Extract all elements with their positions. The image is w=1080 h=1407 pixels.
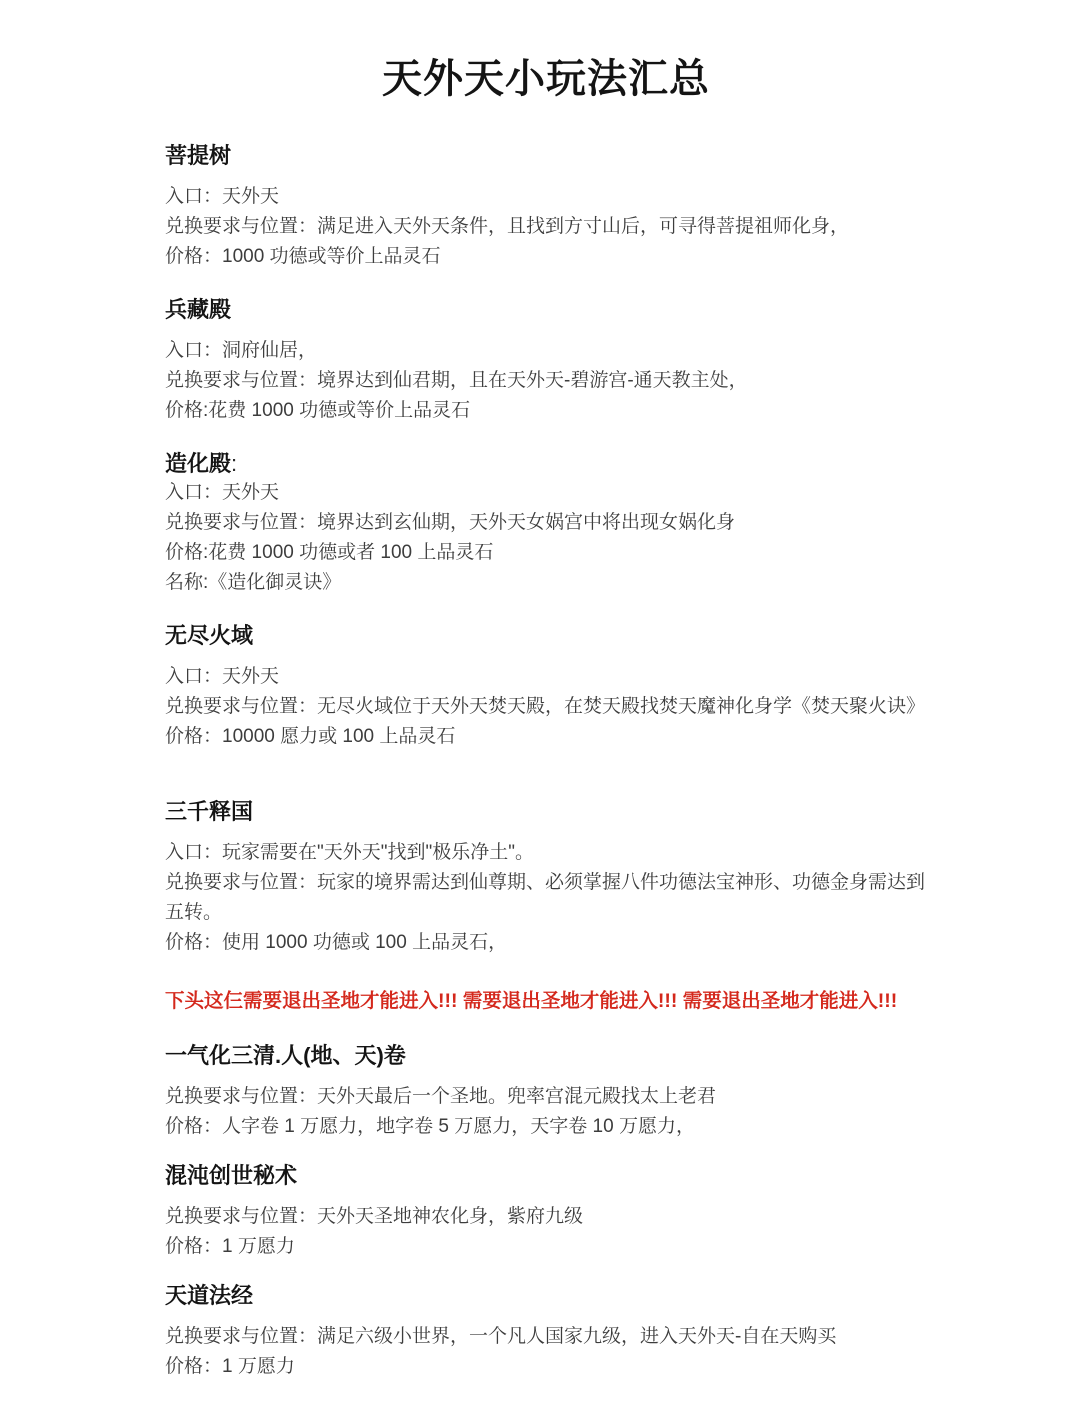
entry-line: 入口：玩家需要在"天外天"找到"极乐净土"。 — [165, 838, 927, 868]
section-heading-text: 三千释国 — [165, 799, 253, 824]
section-heading: 菩提树 — [165, 140, 927, 172]
price-line: 价格:花费 1000 功德或等价上品灵石 — [165, 396, 927, 426]
section-heading-text: 菩提树 — [165, 143, 231, 168]
price-line: 价格：1 万愿力 — [165, 1352, 927, 1382]
section-heading: 一气化三清.人(地、天)卷 — [165, 1040, 927, 1072]
price-line: 价格:花费 1000 功德或者 100 上品灵石 — [165, 538, 927, 568]
requirement-line: 兑换要求与位置：天外天最后一个圣地。兜率宫混元殿找太上老君 — [165, 1082, 927, 1112]
section-heading: 混沌创世秘术 — [165, 1160, 927, 1192]
price-line: 价格：1 万愿力 — [165, 1232, 927, 1262]
section-heading-text: 兵藏殿 — [165, 297, 231, 322]
price-line: 价格：人字卷 1 万愿力，地字卷 5 万愿力，天字卷 10 万愿力， — [165, 1112, 927, 1142]
section-heading: 造化殿: — [165, 448, 927, 480]
entry-line: 入口：天外天 — [165, 662, 927, 692]
section-heading: 兵藏殿 — [165, 294, 927, 326]
section-heading-text: 混沌创世秘术 — [165, 1163, 297, 1188]
requirement-line: 兑换要求与位置：无尽火域位于天外天焚天殿，在焚天殿找焚天魔神化身学《焚天聚火诀》 — [165, 692, 927, 722]
section-heading-text: 造化殿 — [165, 451, 231, 476]
requirement-line: 兑换要求与位置：满足进入天外天条件，且找到方寸山后，可寻得菩提祖师化身， — [165, 212, 927, 242]
document-page: 天外天小玩法汇总 菩提树 入口：天外天 兑换要求与位置：满足进入天外天条件，且找… — [0, 0, 1080, 1407]
section-heading-suffix: : — [231, 451, 237, 476]
section-heading: 无尽火域 — [165, 620, 927, 652]
section-heading: 三千释国 — [165, 796, 927, 828]
section-puti-shu: 菩提树 入口：天外天 兑换要求与位置：满足进入天外天条件，且找到方寸山后，可寻得… — [165, 140, 927, 272]
page-title: 天外天小玩法汇总 — [165, 56, 927, 102]
entry-line: 入口：天外天 — [165, 478, 927, 508]
name-line: 名称:《造化御灵诀》 — [165, 568, 927, 598]
entry-line: 入口：天外天 — [165, 182, 927, 212]
section-heading-text: 一气化三清.人(地、天)卷 — [165, 1043, 406, 1068]
requirement-line: 兑换要求与位置：满足六级小世界，一个凡人国家九级，进入天外天-自在天购买 — [165, 1322, 927, 1352]
section-zaohua-dian: 造化殿: 入口：天外天 兑换要求与位置：境界达到玄仙期，天外天女娲宫中将出现女娲… — [165, 448, 927, 598]
requirement-line: 兑换要求与位置：境界达到玄仙期，天外天女娲宫中将出现女娲化身 — [165, 508, 927, 538]
price-line: 价格：使用 1000 功德或 100 上品灵石， — [165, 928, 927, 958]
section-tiandao-fajing: 天道法经 兑换要求与位置：满足六级小世界，一个凡人国家九级，进入天外天-自在天购… — [165, 1280, 927, 1382]
requirement-line: 兑换要求与位置：天外天圣地神农化身，紫府九级 — [165, 1202, 927, 1232]
section-heading-text: 天道法经 — [165, 1283, 253, 1308]
requirement-line: 兑换要求与位置：玩家的境界需达到仙尊期、必须掌握八件功德法宝神形、功德金身需达到… — [165, 868, 927, 928]
section-yiqi-hua-sanqing: 一气化三清.人(地、天)卷 兑换要求与位置：天外天最后一个圣地。兜率宫混元殿找太… — [165, 1040, 927, 1142]
requirement-line: 兑换要求与位置：境界达到仙君期，且在天外天-碧游宫-通天教主处， — [165, 366, 927, 396]
price-line: 价格：1000 功德或等价上品灵石 — [165, 242, 927, 272]
price-line: 价格：10000 愿力或 100 上品灵石 — [165, 722, 927, 752]
section-hundun-chuangshi: 混沌创世秘术 兑换要求与位置：天外天圣地神农化身，紫府九级 价格：1 万愿力 — [165, 1160, 927, 1262]
entry-line: 入口：洞府仙居， — [165, 336, 927, 366]
section-bingzang-dian: 兵藏殿 入口：洞府仙居， 兑换要求与位置：境界达到仙君期，且在天外天-碧游宫-通… — [165, 294, 927, 426]
section-wujin-huoyu: 无尽火域 入口：天外天 兑换要求与位置：无尽火域位于天外天焚天殿，在焚天殿找焚天… — [165, 620, 927, 752]
section-sanqian-shiguo: 三千释国 入口：玩家需要在"天外天"找到"极乐净土"。 兑换要求与位置：玩家的境… — [165, 796, 927, 958]
warning-text: 下头这仨需要退出圣地才能进入!!! 需要退出圣地才能进入!!! 需要退出圣地才能… — [165, 986, 927, 1016]
section-heading-text: 无尽火域 — [165, 623, 253, 648]
section-heading: 天道法经 — [165, 1280, 927, 1312]
